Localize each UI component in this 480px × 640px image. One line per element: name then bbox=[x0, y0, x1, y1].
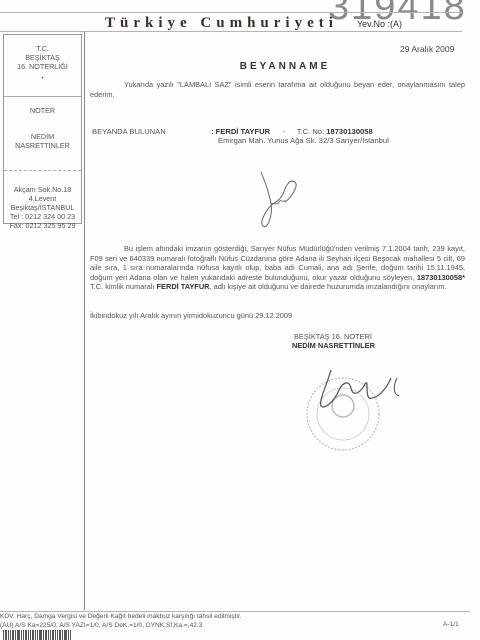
office-line: T.C. bbox=[4, 44, 81, 53]
declarant-signature bbox=[255, 168, 305, 238]
fax: Fax: 0212 325 95 29 bbox=[4, 221, 81, 230]
phone: Tel : 0212 324 00 23 bbox=[4, 212, 81, 221]
office-section: T.C. BEŞİKTAŞ 16. NOTERLİĞİ • bbox=[4, 35, 81, 96]
separator: - bbox=[272, 127, 295, 136]
notary-name: NEDİM NASRETTİNLER bbox=[292, 341, 375, 350]
header-rule bbox=[0, 31, 462, 32]
cert-part1: Bu işlem altındaki imzanın gösterdiği, S… bbox=[90, 244, 465, 282]
footer-line2: (AU) A/S Ka=225/0, A/S YAZI=1/0, A/S DeK… bbox=[0, 622, 242, 631]
margin-line bbox=[84, 31, 85, 610]
role-section: NOTER bbox=[4, 97, 81, 126]
document-heading: BEYANNAME bbox=[90, 61, 480, 72]
yev-no: Yev.No :(A) bbox=[357, 19, 402, 29]
document-date: 29 Aralık 2009 bbox=[400, 44, 454, 54]
notary-signature-block: BEŞİKTAŞ 16. NOTERİ NEDİM NASRETTİNLER bbox=[292, 332, 375, 350]
address-section: Akçam Sok.No.18 4.Levent Beşiktaş/İSTANB… bbox=[4, 171, 81, 230]
cert-part3: , adlı kişiye ait olduğunu ve dairede hu… bbox=[210, 282, 447, 291]
notary-info-panel: T.C. BEŞİKTAŞ 16. NOTERLİĞİ • NOTER NEDİ… bbox=[3, 34, 82, 224]
notary-name-line: NASRETTİNLER bbox=[4, 141, 81, 150]
tc-label: T.C. No: bbox=[297, 127, 324, 136]
footer-line1: KDV. Harç, Damga Vergisi ve Değerli Kağı… bbox=[0, 613, 242, 622]
office-line: BEŞİKTAŞ bbox=[4, 53, 81, 62]
tc-number: 18730130058 bbox=[326, 127, 372, 136]
cert-name: FERDİ TAYFUR bbox=[157, 282, 210, 291]
declaration-text: Yukarıda yazılı "LAMBALI SAZ" isimli ese… bbox=[90, 80, 465, 99]
notary-seal bbox=[305, 370, 425, 470]
certification-text: Bu işlem altındaki imzanın gösterdiği, S… bbox=[90, 244, 465, 292]
address-line: Akçam Sok.No.18 bbox=[4, 185, 81, 194]
address-line: Beşiktaş/İSTANBUL bbox=[4, 203, 81, 212]
cert-tc-number: 18730130058* bbox=[417, 273, 465, 282]
address-line: 4.Levent bbox=[4, 194, 81, 203]
office-line: 16. NOTERLİĞİ bbox=[4, 62, 81, 71]
footer-text: KDV. Harç, Damga Vergisi ve Değerli Kağı… bbox=[0, 613, 242, 630]
notary-name-line: NEDİM bbox=[4, 132, 81, 141]
notary-office: BEŞİKTAŞ 16. NOTERİ bbox=[292, 332, 375, 341]
name-section: NEDİM NASRETTİNLER bbox=[4, 126, 81, 170]
cert-part2: T.C. kimlik numaralı bbox=[90, 282, 157, 291]
declarant-label: BEYANDA BULUNAN bbox=[92, 127, 166, 136]
footer-rule bbox=[0, 611, 470, 612]
declarant-name: : FERDİ TAYFUR bbox=[211, 127, 270, 136]
top-rule bbox=[0, 12, 462, 13]
page-number: A-1/1 bbox=[443, 621, 459, 628]
declarant-address: Emirgan Mah. Yunus Ağa Sk. 32/3 Sarıyer/… bbox=[218, 136, 389, 145]
dot-mark: • bbox=[4, 71, 81, 84]
page-title: Türkiye Cumhuriyeti bbox=[105, 15, 338, 32]
declarant-row: : FERDİ TAYFUR - T.C. No: 18730130058 bbox=[211, 127, 373, 136]
barcode bbox=[3, 630, 93, 640]
role-label: NOTER bbox=[4, 106, 81, 115]
certification-date: İkibindokuz yılı Aralık ayının yirmidoku… bbox=[90, 311, 465, 321]
